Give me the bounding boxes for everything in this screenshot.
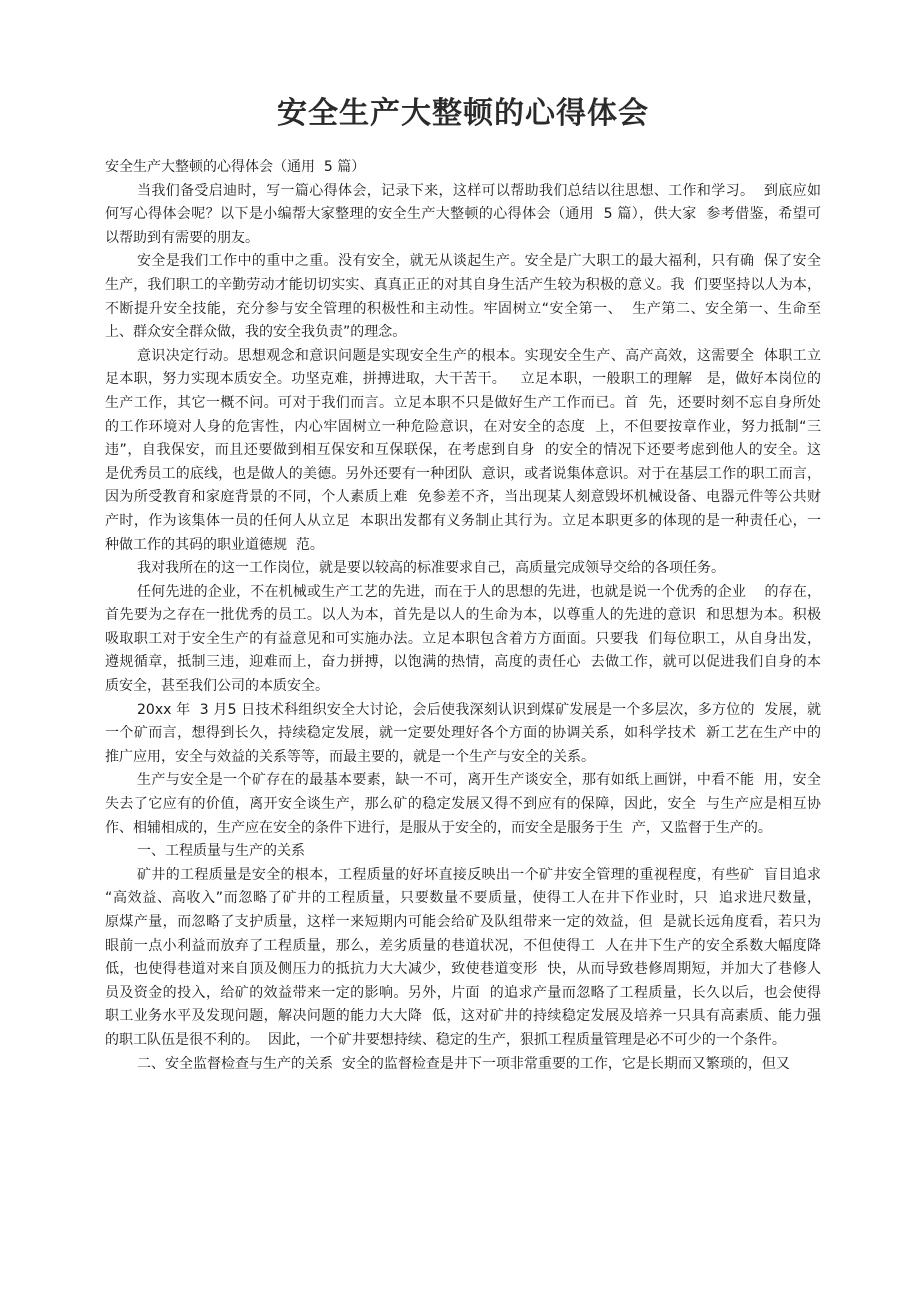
text-line: 生产与安全是一个矿存在的最基本要素，缺一不可，离开生产谈安全，那有如纸上画饼，中…	[105, 769, 821, 793]
document-body: 安全生产大整顿的心得体会（通用 5 篇） 当我们备受启迪时，写一篇心得体会，记录…	[105, 156, 821, 1076]
text-line: 一、工程质量与生产的关系	[105, 840, 821, 864]
text-line: 矿井的工程质量是安全的根本，工程质量的好坏直接反映出一个矿井安全管理的重视程度，…	[105, 864, 821, 888]
paragraph-my-post: 我对我所在的这一工作岗位，就是要以较高的标准要求自己，高质量完成领导交给的各项任…	[105, 557, 821, 581]
text-line: 吸取职工对于安全生产的有益意见和可实施办法。立足本职包含着方方面面。只要我 们每…	[105, 628, 821, 652]
text-line: 生产工作，其它一概不问。可对于我们而言。立足本职不只是做好生产工作而已。首 先，…	[105, 392, 821, 416]
text-line: 职工业务水平及发现问题，解决问题的能力大大降 低，这对矿井的持续稳定发展及培养一…	[105, 1005, 821, 1029]
text-line: 产时，作为该集体一员的任何人从立足 本职出发都有义务制止其行为。立足本职更多的体…	[105, 510, 821, 534]
text-line: 员及资金的投入，给矿的效益带来一定的影响。另外，片面 的追求产量而忽略了工程质量…	[105, 982, 821, 1006]
text-line: 以帮助到有需要的朋友。	[105, 227, 821, 251]
text-line: 意识决定行动。思想观念和意识问题是实现安全生产的根本。实现安全生产、高产高效，这…	[105, 345, 821, 369]
text-line: 质安全，甚至我们公司的本质安全。	[105, 675, 821, 699]
text-line: 一个矿而言，想得到长久，持续稳定发展，就一定要处理好各个方面的协调关系，如科学技…	[105, 722, 821, 746]
text-line: 失去了它应有的价值，离开安全谈生产，那么矿的稳定发展又得不到应有的保障，因此，安…	[105, 793, 821, 817]
paragraph-production-and-safety: 生产与安全是一个矿存在的最基本要素，缺一不可，离开生产谈安全，那有如纸上画饼，中…	[105, 769, 821, 840]
paragraph-discussion: 20xx 年 3 月5 日技术科组织安全大讨论，会后使我深刻认识到煤矿发展是一个…	[105, 699, 821, 770]
text-line: 推广应用，安全与效益的关系等等，而最主要的，就是一个生产与安全的关系。	[105, 746, 821, 770]
text-line: 的工作环境对人身的危害性，内心牢固树立一种危险意识，在对安全的态度 上，不但要按…	[105, 416, 821, 440]
paragraph-section-1-heading: 一、工程质量与生产的关系	[105, 840, 821, 864]
paragraph-intro: 当我们备受启迪时，写一篇心得体会，记录下来，这样可以帮助我们总结以往思想、工作和…	[105, 180, 821, 251]
text-line: 种做工作的其码的职业道德规 范。	[105, 534, 821, 558]
text-line: 我对我所在的这一工作岗位，就是要以较高的标准要求自己，高质量完成领导交给的各项任…	[105, 557, 821, 581]
document-title: 安全生产大整顿的心得体会	[105, 88, 821, 132]
text-line: 眼前一点小利益而放弃了工程质量，那么，差劣质量的巷道状况，不但使得工 人在井下生…	[105, 935, 821, 959]
text-line: 生产，我们职工的辛勤劳动才能切切实实、真真正正的对其自身生活产生较为积极的意义。…	[105, 274, 821, 298]
document-subtitle: 安全生产大整顿的心得体会（通用 5 篇）	[105, 156, 821, 180]
paragraph-awareness: 意识决定行动。思想观念和意识问题是实现安全生产的根本。实现安全生产、高产高效，这…	[105, 345, 821, 557]
text-line: 因为所受教育和家庭背景的不同，个人素质上难 免参差不齐，当出现某人刻意毁坏机械设…	[105, 486, 821, 510]
paragraph-advanced-enterprise: 任何先进的企业，不在机械或生产工艺的先进，而在于人的思想的先进，也就是说一个优秀…	[105, 581, 821, 699]
text-line: 足本职，努力实现本质安全。功坚克难，拼搏进取，大干苦干。 立足本职，一般职工的理…	[105, 368, 821, 392]
text-line: 违”，自我保安，而且还要做到相互保安和互保联保，在考虑到自身 的安全的情况下还要…	[105, 439, 821, 463]
text-line: 首先要为之存在一批优秀的员工。以人为本，首先是以人的生命为本，以尊重人的先进的意…	[105, 604, 821, 628]
text-line: “高效益、高收入”而忽略了矿井的工程质量，只要数量不要质量，使得工人在井下作业时…	[105, 887, 821, 911]
text-line: 遵规循章，抵制三违，迎难而上，奋力拼搏，以饱满的热情，高度的责任心 去做工作，就…	[105, 651, 821, 675]
text-line: 原煤产量，而忽略了支护质量，这样一来短期内可能会给矿及队组带来一定的效益，但 是…	[105, 911, 821, 935]
text-line: 二、安全监督检查与生产的关系 安全的监督检查是井下一项非常重要的工作，它是长期而…	[105, 1053, 821, 1077]
paragraph-engineering-quality: 矿井的工程质量是安全的根本，工程质量的好坏直接反映出一个矿井安全管理的重视程度，…	[105, 864, 821, 1053]
text-line: 任何先进的企业，不在机械或生产工艺的先进，而在于人的思想的先进，也就是说一个优秀…	[105, 581, 821, 605]
text-line: 低，也使得巷道对来自顶及侧压力的抵抗力大大减少，致使巷道变形 快，从而导致巷修周…	[105, 958, 821, 982]
paragraph-safety-priority: 安全是我们工作中的重中之重。没有安全，就无从谈起生产。安全是广大职工的最大福利，…	[105, 250, 821, 344]
paragraph-section-2: 二、安全监督检查与生产的关系 安全的监督检查是井下一项非常重要的工作，它是长期而…	[105, 1053, 821, 1077]
text-line: 20xx 年 3 月5 日技术科组织安全大讨论，会后使我深刻认识到煤矿发展是一个…	[105, 699, 821, 723]
text-line: 不断提升安全技能，充分参与安全管理的积极性和主动性。牢固树立“安全第一、 生产第…	[105, 298, 821, 322]
text-line: 当我们备受启迪时，写一篇心得体会，记录下来，这样可以帮助我们总结以往思想、工作和…	[105, 180, 821, 204]
text-line: 安全是我们工作中的重中之重。没有安全，就无从谈起生产。安全是广大职工的最大福利，…	[105, 250, 821, 274]
text-line: 何写心得体会呢？以下是小编帮大家整理的安全生产大整顿的心得体会（通用 5 篇），…	[105, 203, 821, 227]
text-line: 的职工队伍是很不利的。 因此，一个矿井要想持续、稳定的生产，狠抓工程质量管理是必…	[105, 1029, 821, 1053]
text-line: 是优秀员工的底线，也是做人的美德。另外还要有一种团队 意识，或者说集体意识。对于…	[105, 463, 821, 487]
text-line: 上、群众安全群众做，我的安全我负责”的理念。	[105, 321, 821, 345]
text-line: 作、相辅相成的，生产应在安全的条件下进行，是服从于安全的，而安全是服务于生 产，…	[105, 817, 821, 841]
